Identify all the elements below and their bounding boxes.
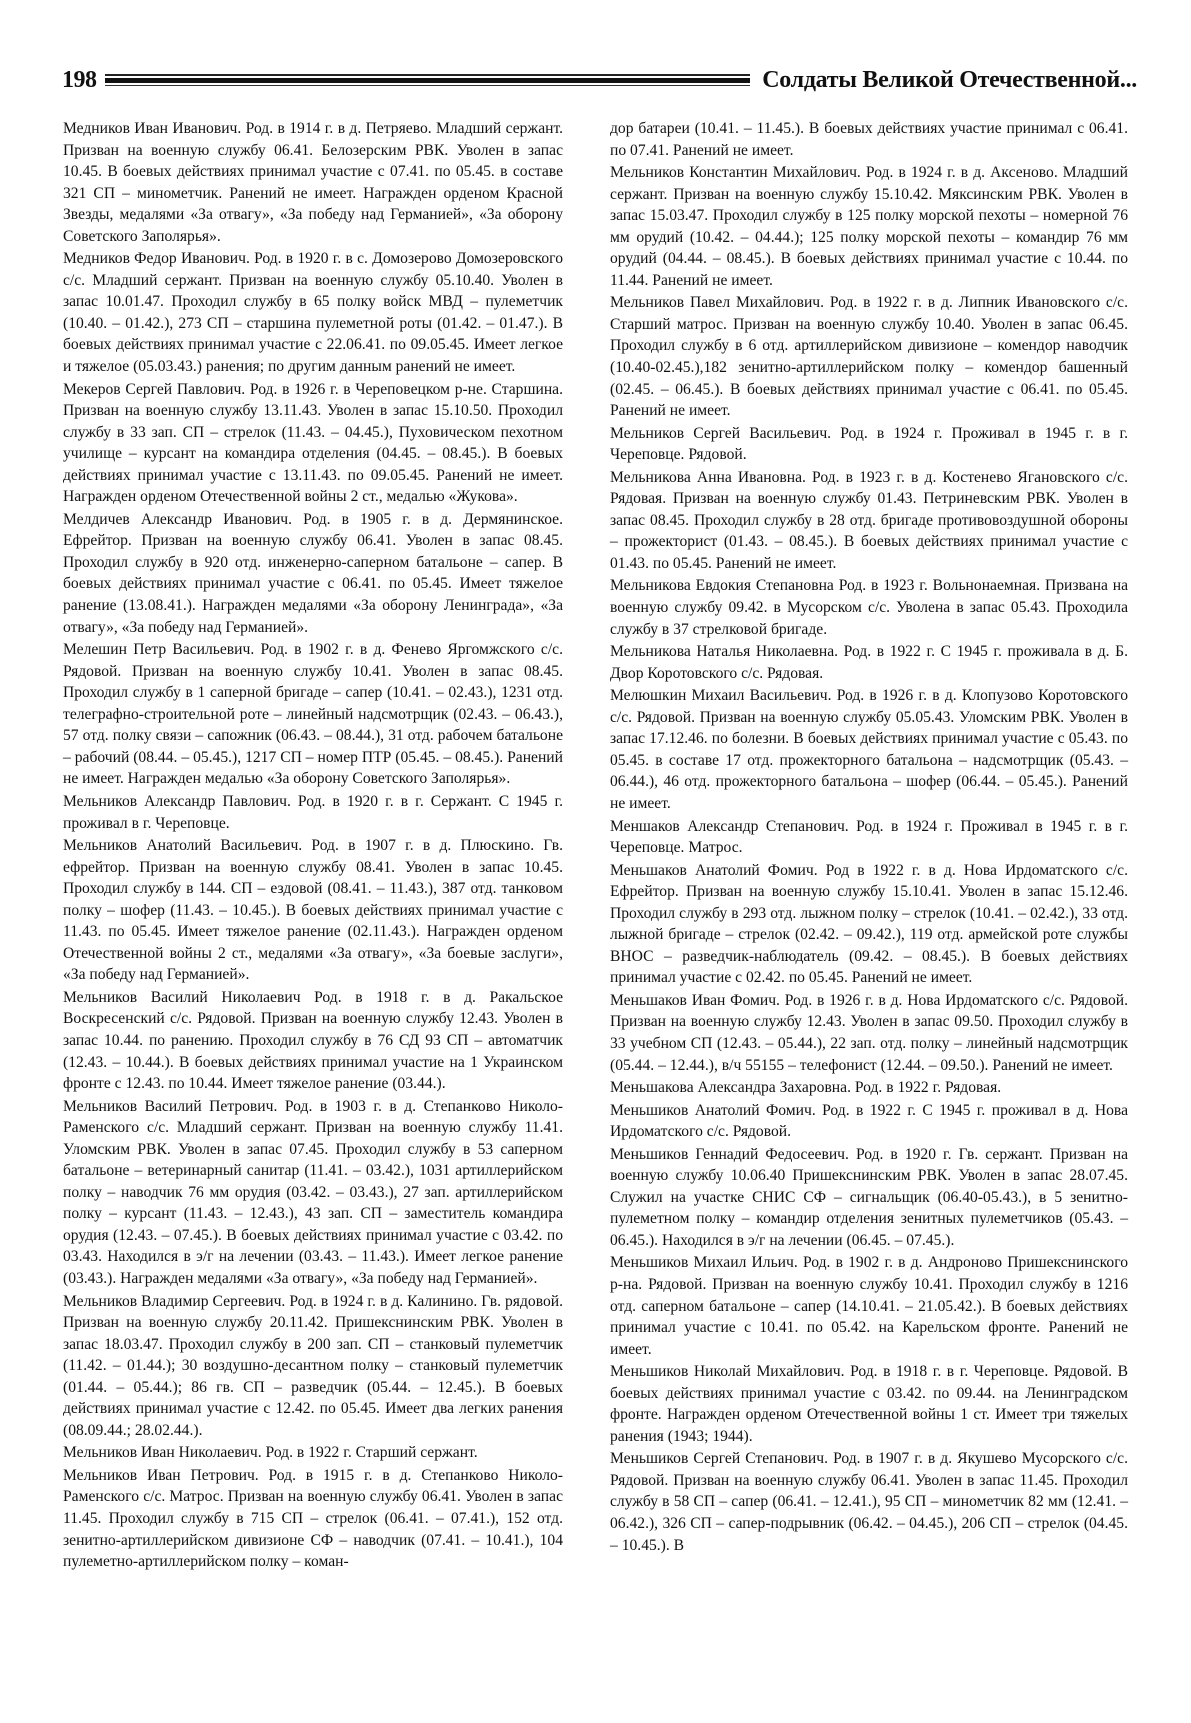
entry: Меньшакова Александра Захаровна. Род. в … bbox=[610, 1077, 1128, 1099]
entry: Мельникова Наталья Николаевна. Род. в 19… bbox=[610, 641, 1128, 684]
entry: Меншаков Александр Степанович. Род. в 19… bbox=[610, 816, 1128, 859]
entry: Мельникова Анна Ивановна. Род. в 1923 г.… bbox=[610, 467, 1128, 575]
entry: Мельников Иван Петрович. Род. в 1915 г. … bbox=[63, 1465, 563, 1573]
entry: Мельников Владимир Сергеевич. Род. в 192… bbox=[63, 1291, 563, 1442]
entry: дор батареи (10.41. – 11.45.). В боевых … bbox=[610, 118, 1128, 161]
header-rule bbox=[105, 74, 751, 86]
entry: Меньшиков Анатолий Фомич. Род. в 1922 г.… bbox=[610, 1100, 1128, 1143]
entry: Мельников Анатолий Васильевич. Род. в 19… bbox=[63, 835, 563, 986]
entry: Мельников Сергей Васильевич. Род. в 1924… bbox=[610, 423, 1128, 466]
page-header: 198 Солдаты Великой Отечественной... bbox=[62, 62, 1137, 98]
entry: Мельников Александр Павлович. Род. в 192… bbox=[63, 791, 563, 834]
entry: Мельникова Евдокия Степановна Род. в 192… bbox=[610, 575, 1128, 640]
entry: Меньшиков Геннадий Федосеевич. Род. в 19… bbox=[610, 1144, 1128, 1252]
entry: Мельников Иван Николаевич. Род. в 1922 г… bbox=[63, 1442, 563, 1464]
entry: Медников Федор Иванович. Род. в 1920 г. … bbox=[63, 248, 563, 377]
entry: Мелдичев Александр Иванович. Род. в 1905… bbox=[63, 509, 563, 638]
entry: Меньшаков Анатолий Фомич. Род в 1922 г. … bbox=[610, 860, 1128, 989]
entry: Мельников Павел Михайлович. Род. в 1922 … bbox=[610, 292, 1128, 421]
entry: Мельников Константин Михайлович. Род. в … bbox=[610, 162, 1128, 291]
running-title: Солдаты Великой Отечественной... bbox=[762, 67, 1137, 94]
entry: Меньшиков Николай Михайлович. Род. в 191… bbox=[610, 1361, 1128, 1447]
left-column: Медников Иван Иванович. Род. в 1914 г. в… bbox=[63, 118, 563, 1573]
entry: Меньшиков Михаил Ильич. Род. в 1902 г. в… bbox=[610, 1252, 1128, 1360]
page-number: 198 bbox=[62, 67, 97, 94]
entry: Мелюшкин Михаил Васильевич. Род. в 1926 … bbox=[610, 685, 1128, 814]
right-column: дор батареи (10.41. – 11.45.). В боевых … bbox=[610, 118, 1128, 1556]
entry: Медников Иван Иванович. Род. в 1914 г. в… bbox=[63, 118, 563, 247]
entry: Мельников Василий Петрович. Род. в 1903 … bbox=[63, 1096, 563, 1290]
entry: Мелешин Петр Васильевич. Род. в 1902 г. … bbox=[63, 639, 563, 790]
entry: Мельников Василий Николаевич Род. в 1918… bbox=[63, 987, 563, 1095]
entry: Мекеров Сергей Павлович. Род. в 1926 г. … bbox=[63, 379, 563, 508]
entry: Меньшаков Иван Фомич. Род. в 1926 г. в д… bbox=[610, 990, 1128, 1076]
entry: Меньшиков Сергей Степанович. Род. в 1907… bbox=[610, 1448, 1128, 1556]
